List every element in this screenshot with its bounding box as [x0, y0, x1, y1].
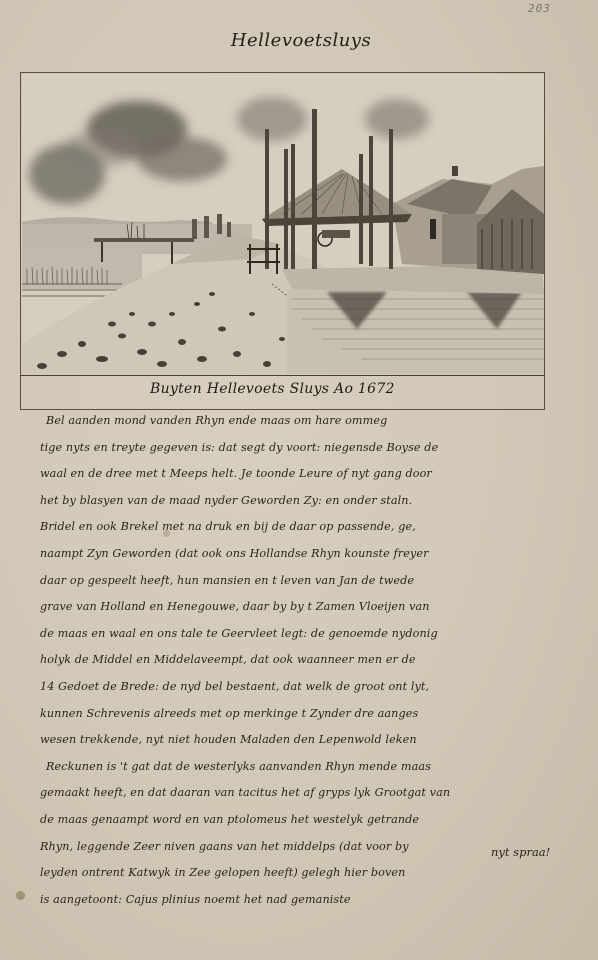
page-number: 203 — [528, 2, 568, 22]
text-line: is aangetoont: Cajus plinius noemt het n… — [40, 887, 490, 914]
text-line: wesen trekkende, nyt niet houden Maladen… — [40, 727, 490, 754]
manuscript-text: Bel aanden mond vanden Rhyn ende maas om… — [40, 408, 490, 913]
text-line: Rhyn, leggende Zeer niven gaans van het … — [40, 834, 490, 861]
margin-note: nyt spraa! — [491, 845, 571, 865]
illustration-caption: Buyten Hellevoets Sluys Ao 1672 — [150, 381, 530, 403]
text-line: het by blasyen van de maad nyder Geworde… — [40, 488, 490, 515]
text-line: de maas genaampt word en van ptolomeus h… — [40, 807, 490, 834]
text-line: leyden ontrent Katwyk in Zee gelopen hee… — [40, 860, 490, 887]
text-line: waal en de dree met t Meeps helt. Je too… — [40, 461, 490, 488]
text-line: Bridel en ook Brekel met na druk en bij … — [40, 514, 490, 541]
text-line: Reckunen is 't gat dat de westerlyks aan… — [40, 754, 490, 781]
page-title: Hellevoetsluys — [226, 30, 376, 58]
landscape-drawing — [22, 74, 544, 374]
text-line: daar op gespeelt heeft, hun mansien en t… — [40, 568, 490, 595]
caption-divider — [20, 375, 545, 376]
text-line: holyk de Middel en Middelaveempt, dat oo… — [40, 647, 490, 674]
text-line: tige nyts en treyte gegeven is: dat segt… — [40, 435, 490, 462]
text-line: grave van Holland en Henegouwe, daar by … — [40, 594, 490, 621]
text-line: 14 Gedoet de Brede: de nyd bel bestaent,… — [40, 674, 490, 701]
text-line: Bel aanden mond vanden Rhyn ende maas om… — [40, 408, 490, 435]
ink-stain — [16, 891, 25, 900]
text-line: gemaakt heeft, en dat daaran van tacitus… — [40, 780, 490, 807]
text-line: kunnen Schrevenis alreeds met op merking… — [40, 701, 490, 728]
manuscript-page: 203 Hellevoetsluys — [0, 0, 598, 960]
text-line: naampt Zyn Geworden (dat ook ons Holland… — [40, 541, 490, 568]
text-line: de maas en waal en ons tale te Geervleet… — [40, 621, 490, 648]
